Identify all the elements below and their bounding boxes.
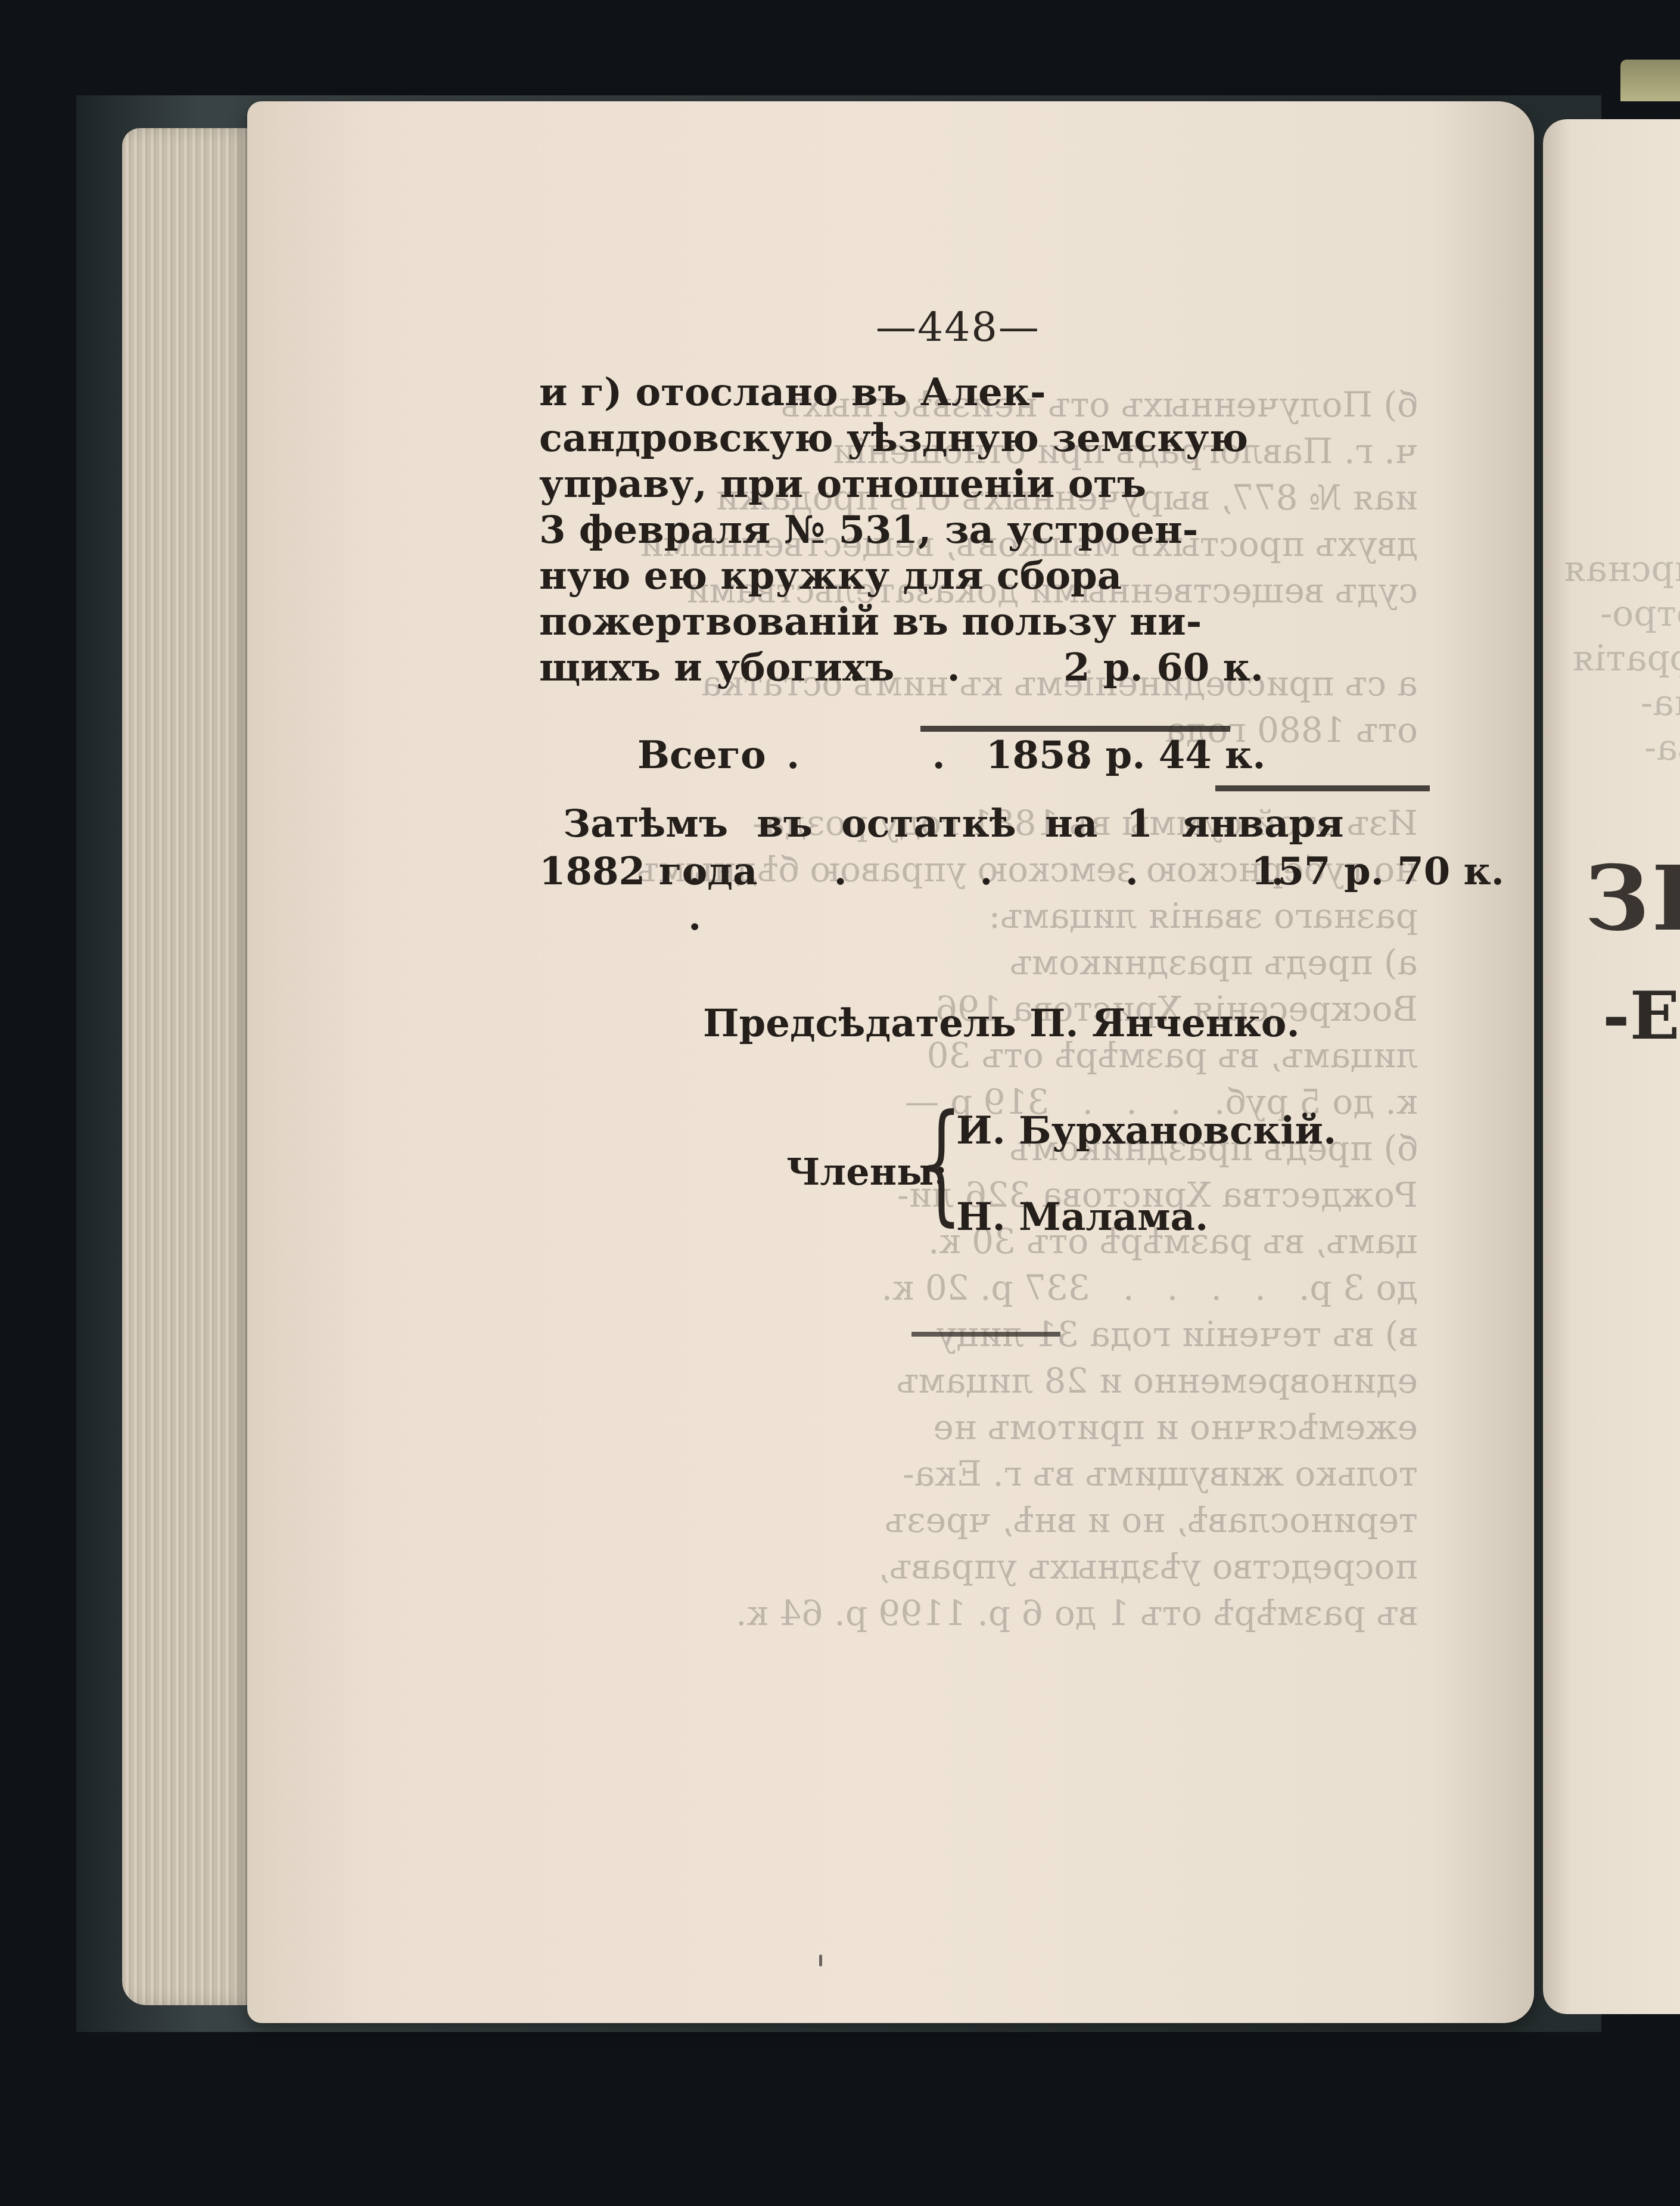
- sum-rule: [920, 726, 1230, 732]
- text-line: 3 февраля № 531, за устроен-: [539, 507, 992, 553]
- text-line: ную ею кружку для сбора: [539, 553, 992, 599]
- paper-speck: [819, 1955, 822, 1966]
- member-signature: Н. Малама.: [956, 1195, 1208, 1239]
- item-text: щихъ и убогихъ: [539, 645, 894, 690]
- remainder-text: Затѣмъ въ остаткѣ на 1 января: [563, 801, 1344, 847]
- text-line: и г) отослано въ Алек-: [539, 369, 992, 415]
- page-content: —448— и г) отослано въ Алек- сандровскую…: [0, 0, 1680, 2206]
- text-line: сандровскую уѣздную земскую: [539, 415, 992, 461]
- closing-rule: [911, 1332, 1060, 1337]
- total-label: Всего: [637, 733, 766, 778]
- total-row: Всего . . . 1858 р. 44 к.: [536, 733, 1430, 781]
- item-amount: 2 р. 60 к.: [1063, 645, 1264, 691]
- total-amount: 1858 р. 44 к.: [986, 733, 1266, 778]
- remainder-amount: 157 р. 70 к.: [1251, 849, 1504, 894]
- chairman-signature: Предсѣдатель П. Янченко.: [703, 1001, 1300, 1046]
- total-underline: [1215, 785, 1430, 791]
- text-line: управу, при отношеніи отъ: [539, 461, 992, 507]
- paragraph-item-g: и г) отослано въ Алек- сандровскую уѣздн…: [539, 369, 992, 691]
- member-signature: И. Бурхановскій.: [956, 1108, 1336, 1153]
- amount-line: щихъ и убогихъ . . 2 р. 60 к.: [539, 645, 992, 691]
- leader-dots: . .: [849, 645, 996, 691]
- text-line: пожертвованій въ пользу ни-: [539, 599, 992, 645]
- page-number: —448—: [876, 304, 1040, 351]
